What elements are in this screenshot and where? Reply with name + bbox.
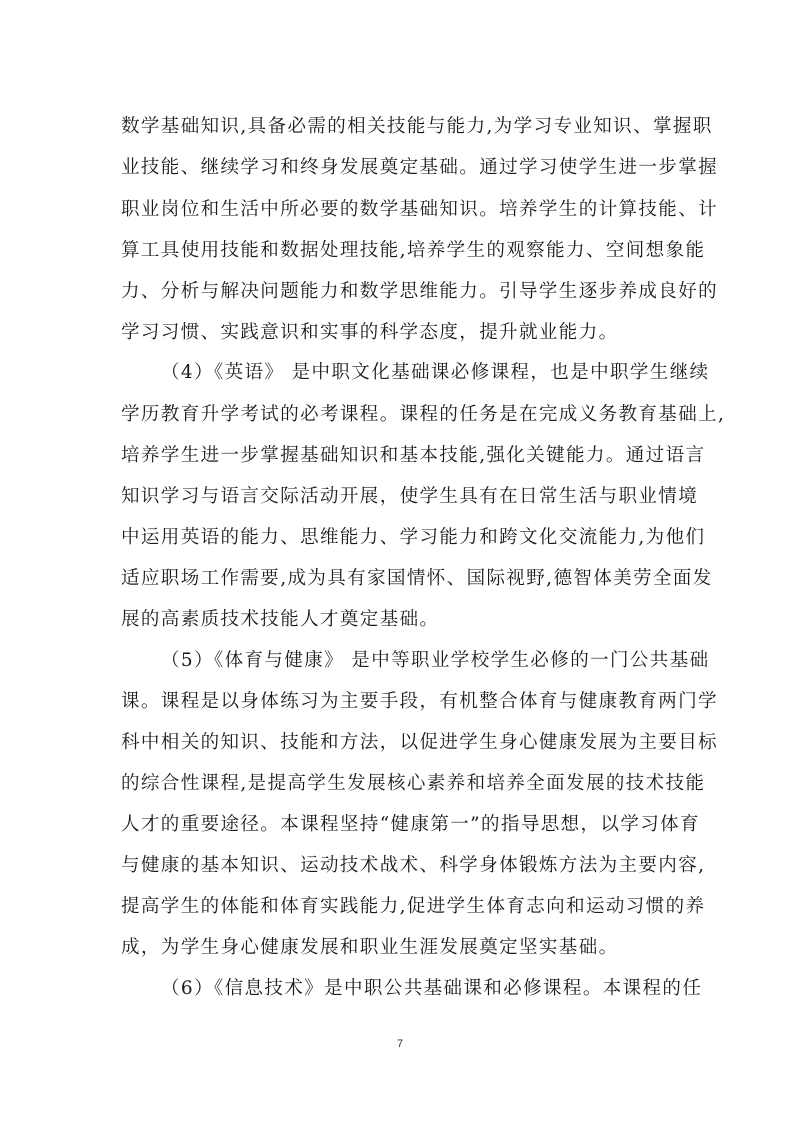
- text-line: 的综合性课程,是提高学生发展核心素养和培养全面发展的技术技能: [121, 772, 683, 796]
- text-line: 数学基础知识,具备必需的相关技能与能力,为学习专业知识、掌握职: [121, 115, 683, 139]
- text-line: 知识学习与语言交际活动开展，使学生具有在日常生活与职业情境: [121, 485, 683, 509]
- text-line: 业技能、继续学习和终身发展奠定基础。通过学习使学生进一步掌握: [121, 156, 683, 180]
- text-line: 适应职场工作需要,成为具有家国情怀、国际视野,德智体美劳全面发: [121, 567, 683, 591]
- text-line: 人才的重要途径。本课程坚持“健康第一”的指导思想，以学习体育: [121, 813, 683, 837]
- page-number: 7: [0, 1038, 800, 1050]
- paragraph-start-english: （4）《英语》 是中职文化基础课必修课程，也是中职学生继续: [161, 361, 723, 385]
- text-line: 职业岗位和生活中所必要的数学基础知识。培养学生的计算技能、计: [121, 198, 683, 222]
- text-line: 课。课程是以身体练习为主要手段，有机整合体育与健康教育两门学: [121, 690, 683, 714]
- text-line: 展的高素质技术技能人才奠定基础。: [121, 608, 683, 632]
- text-line: 学习习惯、实践意识和实事的科学态度，提升就业能力。: [121, 321, 683, 345]
- text-line: 成，为学生身心健康发展和职业生涯发展奠定坚实基础。: [121, 936, 683, 960]
- text-line: 培养学生进一步掌握基础知识和基本技能,强化关键能力。通过语言: [121, 444, 683, 468]
- text-line: 与健康的基本知识、运动技术战术、科学身体锻炼方法为主要内容,: [121, 854, 683, 878]
- text-line: 中运用英语的能力、思维能力、学习能力和跨文化交流能力,为他们: [121, 526, 683, 550]
- text-line: 力、分析与解决问题能力和数学思维能力。引导学生逐步养成良好的: [121, 280, 683, 304]
- text-line: 提高学生的体能和体育实践能力,促进学生体育志向和运动习惯的养: [121, 895, 683, 919]
- text-line: 学历教育升学考试的必考课程。课程的任务是在完成义务教育基础上,: [121, 403, 683, 427]
- text-line: 科中相关的知识、技能和方法，以促进学生身心健康发展为主要目标: [121, 731, 683, 755]
- document-page: 数学基础知识,具备必需的相关技能与能力,为学习专业知识、掌握职 业技能、继续学习…: [0, 0, 800, 1131]
- text-line: 算工具使用技能和数据处理技能,培养学生的观察能力、空间想象能: [121, 239, 683, 263]
- paragraph-start-it: （6）《信息技术》是中职公共基础课和必修课程。本课程的任: [161, 977, 723, 1001]
- paragraph-start-pe: （5）《体育与健康》 是中等职业学校学生必修的一门公共基础: [161, 649, 723, 673]
